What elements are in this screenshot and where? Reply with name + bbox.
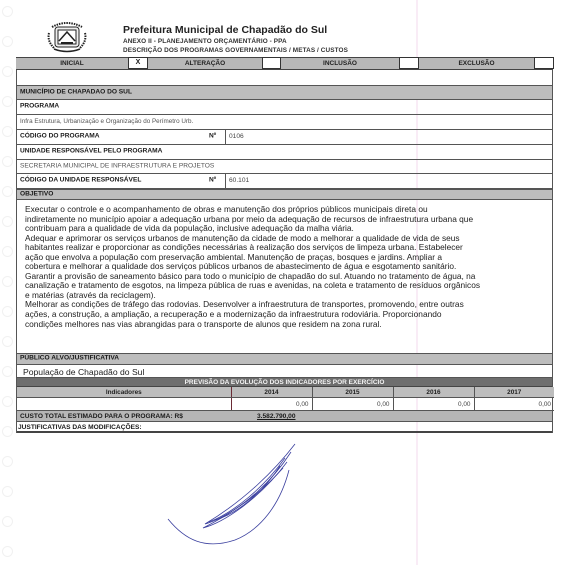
custo-total-row: CUSTO TOTAL ESTIMADO PARA O PROGRAMA: R$… — [17, 411, 552, 422]
codigo-unidade-value: 60.101 — [225, 174, 249, 188]
municipal-coat-of-arms-icon — [46, 19, 88, 53]
codigo-unidade-label: CÓDIGO DA UNIDADE RESPONSÁVEL — [20, 178, 141, 185]
programa-label-row: PROGRAMA — [17, 100, 552, 115]
description-subtitle: DESCRIÇÃO DOS PROGRAMAS GOVERNAMENTAIS /… — [123, 47, 348, 54]
programa-label: PROGRAMA — [20, 104, 59, 111]
program-form: INICIAL X ALTERAÇÃO INCLUSÃO EXCLUSÃO MU… — [16, 57, 553, 433]
objetivo-header-row: OBJETIVO — [17, 189, 552, 200]
codigo-programa-value: 0106 — [225, 130, 244, 144]
objetivo-text: Executar o controle e o acompanhamento d… — [17, 200, 552, 354]
custo-total-label: CUSTO TOTAL ESTIMADO PARA O PROGRAMA: R$ — [20, 413, 183, 420]
type-label-exclusao: EXCLUSÃO — [419, 58, 534, 69]
publico-value-row: População de Chapadão do Sul — [17, 365, 552, 378]
justificativas-label: JUSTIFICATIVAS DAS MODIFICAÇÕES: — [18, 424, 142, 431]
publico-header-row: PÚBLICO ALVO/JUSTIFICATIVA — [17, 354, 552, 365]
indicator-value-cell: 0,00 — [393, 398, 474, 411]
year-column-header: 2016 — [393, 387, 474, 398]
custo-total-value: 3.582.790,00 — [257, 413, 296, 420]
binder-holes — [2, 0, 12, 565]
municipio-label: MUNICÍPIO DE CHAPADAO DO SUL — [20, 89, 132, 96]
programa-value-row: Infra Estrutura, Urbanização e Organizaç… — [17, 115, 552, 130]
previsao-title: PREVISÃO DA EVOLUÇÃO DOS INDICADORES POR… — [17, 378, 552, 387]
codigo-programa-no-label: Nº — [209, 134, 216, 141]
indicators-column-header: Indicadores — [17, 387, 231, 398]
blank-row — [17, 70, 552, 86]
handwritten-signature-icon — [165, 440, 305, 550]
codigo-programa-row: CÓDIGO DO PROGRAMA Nº 0106 — [17, 130, 552, 145]
type-label-inicial: INICIAL — [16, 58, 128, 69]
type-label-alteracao: ALTERAÇÃO — [148, 58, 262, 69]
year-column-header: 2017 — [474, 387, 554, 398]
unidade-label: UNIDADE RESPONSÁVEL PELO PROGRAMA — [20, 149, 162, 156]
table-row: 0,000,000,000,00 — [17, 398, 554, 411]
type-selection-row: INICIAL X ALTERAÇÃO INCLUSÃO EXCLUSÃO — [16, 57, 553, 70]
unidade-value: SECRETARIA MUNICIPAL DE INFRAESTRUTURA E… — [20, 163, 214, 170]
programa-value: Infra Estrutura, Urbanização e Organizaç… — [20, 119, 193, 125]
checkbox-inicial[interactable]: X — [128, 57, 148, 69]
municipio-row: MUNICÍPIO DE CHAPADAO DO SUL — [17, 86, 552, 100]
checkbox-exclusao[interactable] — [534, 57, 554, 69]
indicator-value-cell: 0,00 — [312, 398, 393, 411]
publico-value: População de Chapadão do Sul — [23, 367, 144, 377]
page-title: Prefeitura Municipal de Chapadão do Sul — [123, 24, 327, 36]
indicators-table: Indicadores2014201520162017 0,000,000,00… — [17, 387, 554, 411]
indicator-value-cell: 0,00 — [474, 398, 554, 411]
objetivo-line: condições melhores nas vias abrangidas p… — [25, 320, 544, 330]
publico-label: PÚBLICO ALVO/JUSTIFICATIVA — [20, 356, 119, 363]
year-column-header: 2015 — [312, 387, 393, 398]
year-column-header: 2014 — [231, 387, 312, 398]
annex-subtitle: ANEXO II - PLANEJAMENTO ORÇAMENTÁRIO - P… — [123, 38, 287, 45]
unidade-label-row: UNIDADE RESPONSÁVEL PELO PROGRAMA — [17, 145, 552, 160]
checkbox-alteracao[interactable] — [262, 57, 281, 69]
checkbox-inclusao[interactable] — [399, 57, 419, 69]
type-label-inclusao: INCLUSÃO — [281, 58, 399, 69]
indicator-value-cell: 0,00 — [231, 398, 312, 411]
indicator-name-cell — [17, 398, 231, 411]
codigo-programa-label: CÓDIGO DO PROGRAMA — [20, 134, 100, 141]
objetivo-label: OBJETIVO — [20, 191, 53, 198]
codigo-unidade-row: CÓDIGO DA UNIDADE RESPONSÁVEL Nº 60.101 — [17, 174, 552, 189]
codigo-unidade-no-label: Nº — [209, 178, 216, 185]
unidade-value-row: SECRETARIA MUNICIPAL DE INFRAESTRUTURA E… — [17, 160, 552, 174]
justificativas-row: JUSTIFICATIVAS DAS MODIFICAÇÕES: — [17, 422, 552, 433]
